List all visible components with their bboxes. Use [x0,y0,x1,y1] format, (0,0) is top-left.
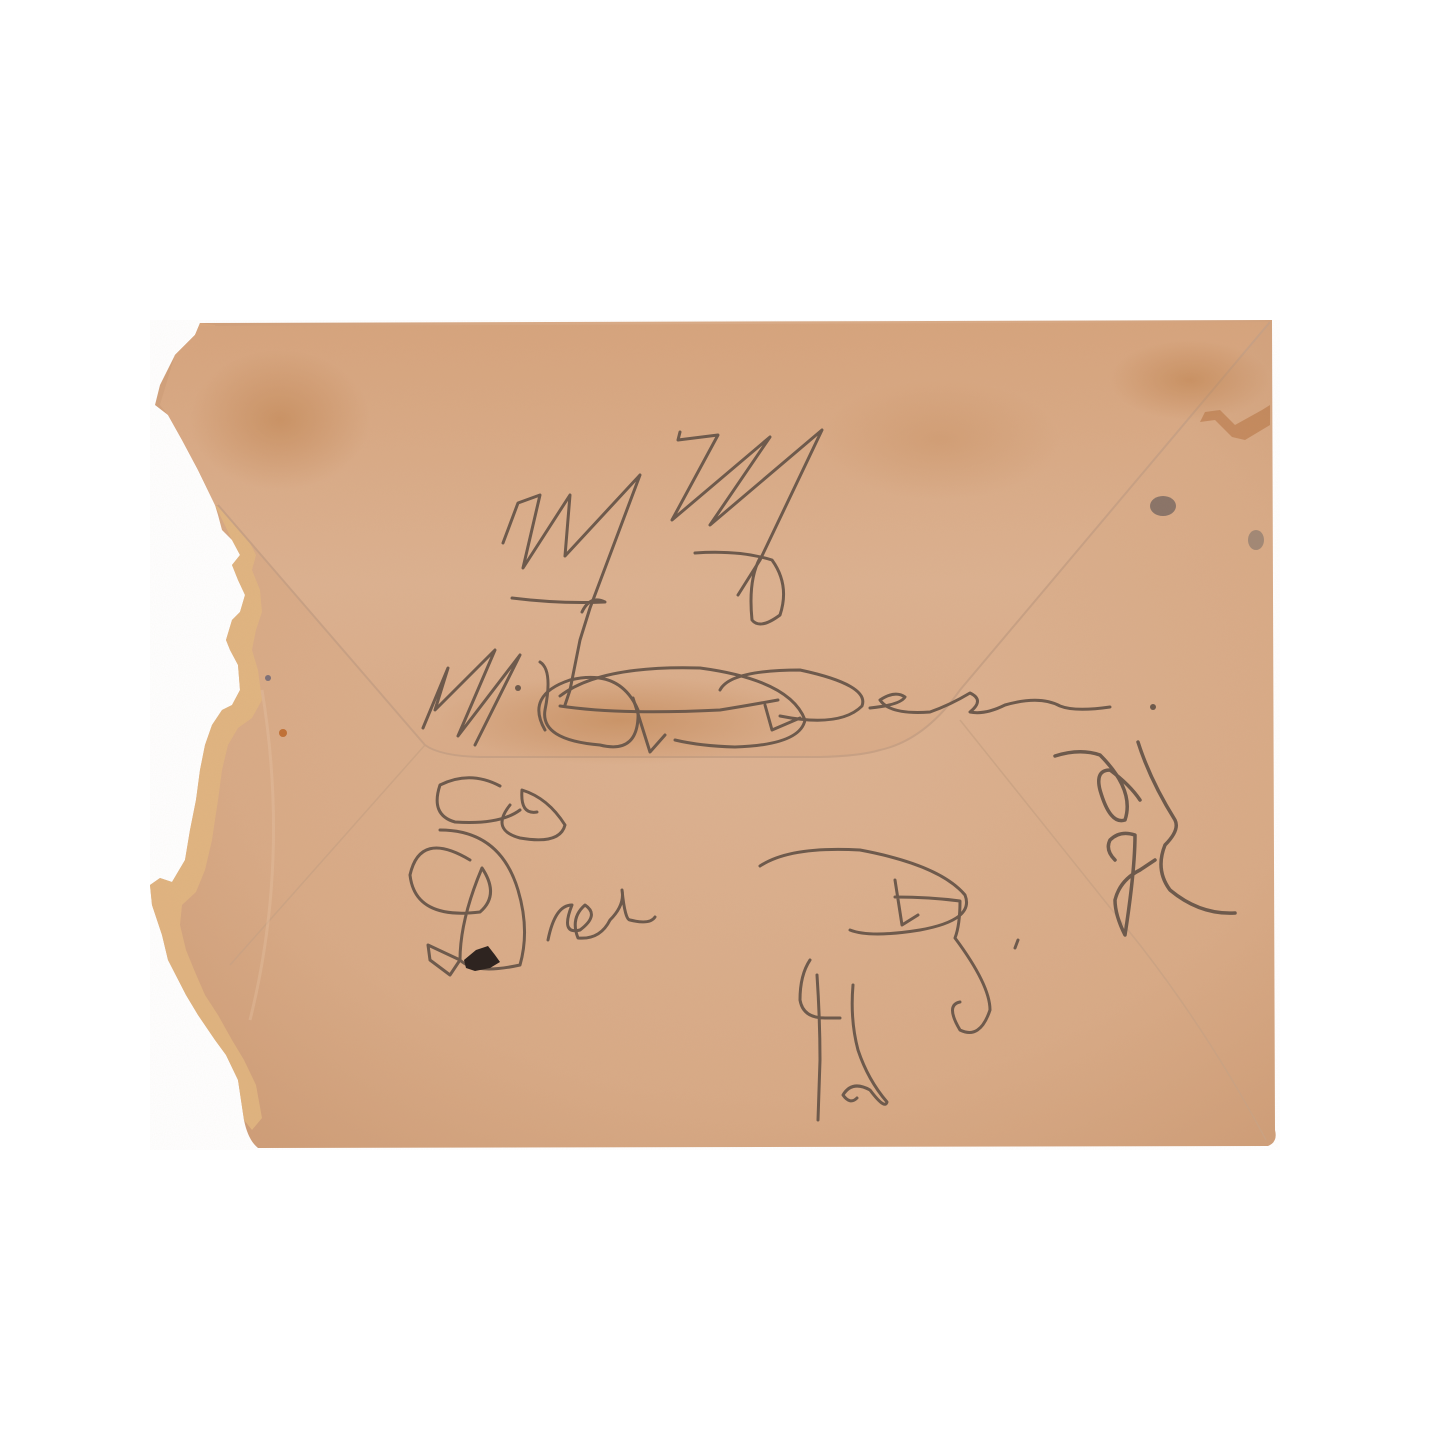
paper-grain [150,320,1280,1150]
envelope-photo: M M Mr D Dear. Co Dear D. H H [0,0,1445,1445]
handwriting-period [1150,704,1156,710]
handwriting-dot [515,685,521,691]
envelope-illustration [0,0,1445,1445]
